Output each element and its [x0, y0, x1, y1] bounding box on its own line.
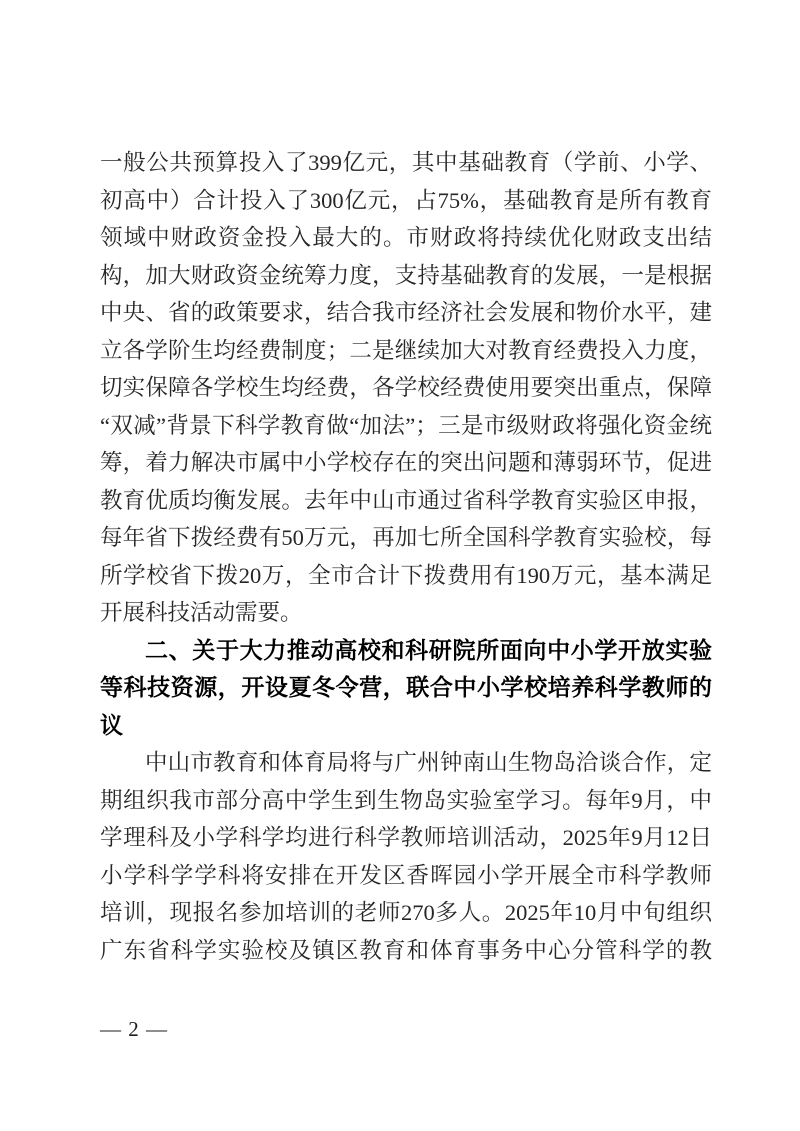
body-text-line: 广东省科学实验校及镇区教育和体育事务中心分管科学的教: [100, 932, 712, 970]
body-text-line: 切实保障各学校生均经费，各学校经费使用要突出重点，保障: [100, 369, 712, 407]
page-number-footer: — 2 —: [100, 1012, 168, 1046]
document-page: 一般公共预算投入了399亿元，其中基础教育（学前、小学、初高中）合计投入了300…: [0, 0, 800, 1131]
body-text-line: “双减”背景下科学教育做“加法”；三是市级财政将强化资金统: [100, 407, 712, 445]
body-text-line: 小学科学学科将安排在开发区香晖园小学开展全市科学教师: [100, 857, 712, 895]
page-body: 一般公共预算投入了399亿元，其中基础教育（学前、小学、初高中）合计投入了300…: [100, 144, 712, 969]
heading-line: 二、关于大力推动高校和科研院所面向中小学开放实验室: [100, 632, 712, 670]
body-text-line: 中央、省的政策要求，结合我市经济社会发展和物价水平，建: [100, 294, 712, 332]
body-text-line: 一般公共预算投入了399亿元，其中基础教育（学前、小学、: [100, 144, 712, 182]
body-text-line: 期组织我市部分高中学生到生物岛实验室学习。每年9月，中: [100, 782, 712, 820]
body-text-line: 初高中）合计投入了300亿元，占75%，基础教育是所有教育: [100, 182, 712, 220]
body-text-line: 中山市教育和体育局将与广州钟南山生物岛洽谈合作，定: [100, 744, 712, 782]
body-text-line: 开展科技活动需要。: [100, 594, 712, 632]
body-text-line: 教育优质均衡发展。去年中山市通过省科学教育实验区申报，: [100, 482, 712, 520]
body-text-line: 筹，着力解决市属中小学校存在的突出问题和薄弱环节，促进: [100, 444, 712, 482]
body-text-line: 学理科及小学科学均进行科学教师培训活动，2025年9月12日: [100, 819, 712, 857]
heading-line: 等科技资源，开设夏冬令营，联合中小学校培养科学教师的建: [100, 669, 712, 707]
body-text-line: 所学校省下拨20万，全市合计下拨费用有190万元，基本满足: [100, 557, 712, 595]
body-text-line: 构，加大财政资金统筹力度，支持基础教育的发展，一是根据: [100, 257, 712, 295]
body-text-line: 领域中财政资金投入最大的。市财政将持续优化财政支出结: [100, 219, 712, 257]
body-text-line: 每年省下拨经费有50万元，再加七所全国科学教育实验校，每: [100, 519, 712, 557]
heading-line: 议: [100, 707, 712, 745]
body-text-line: 立各学阶生均经费制度；二是继续加大对教育经费投入力度，: [100, 332, 712, 370]
body-text-line: 培训，现报名参加培训的老师270多人。2025年10月中旬组织: [100, 894, 712, 932]
